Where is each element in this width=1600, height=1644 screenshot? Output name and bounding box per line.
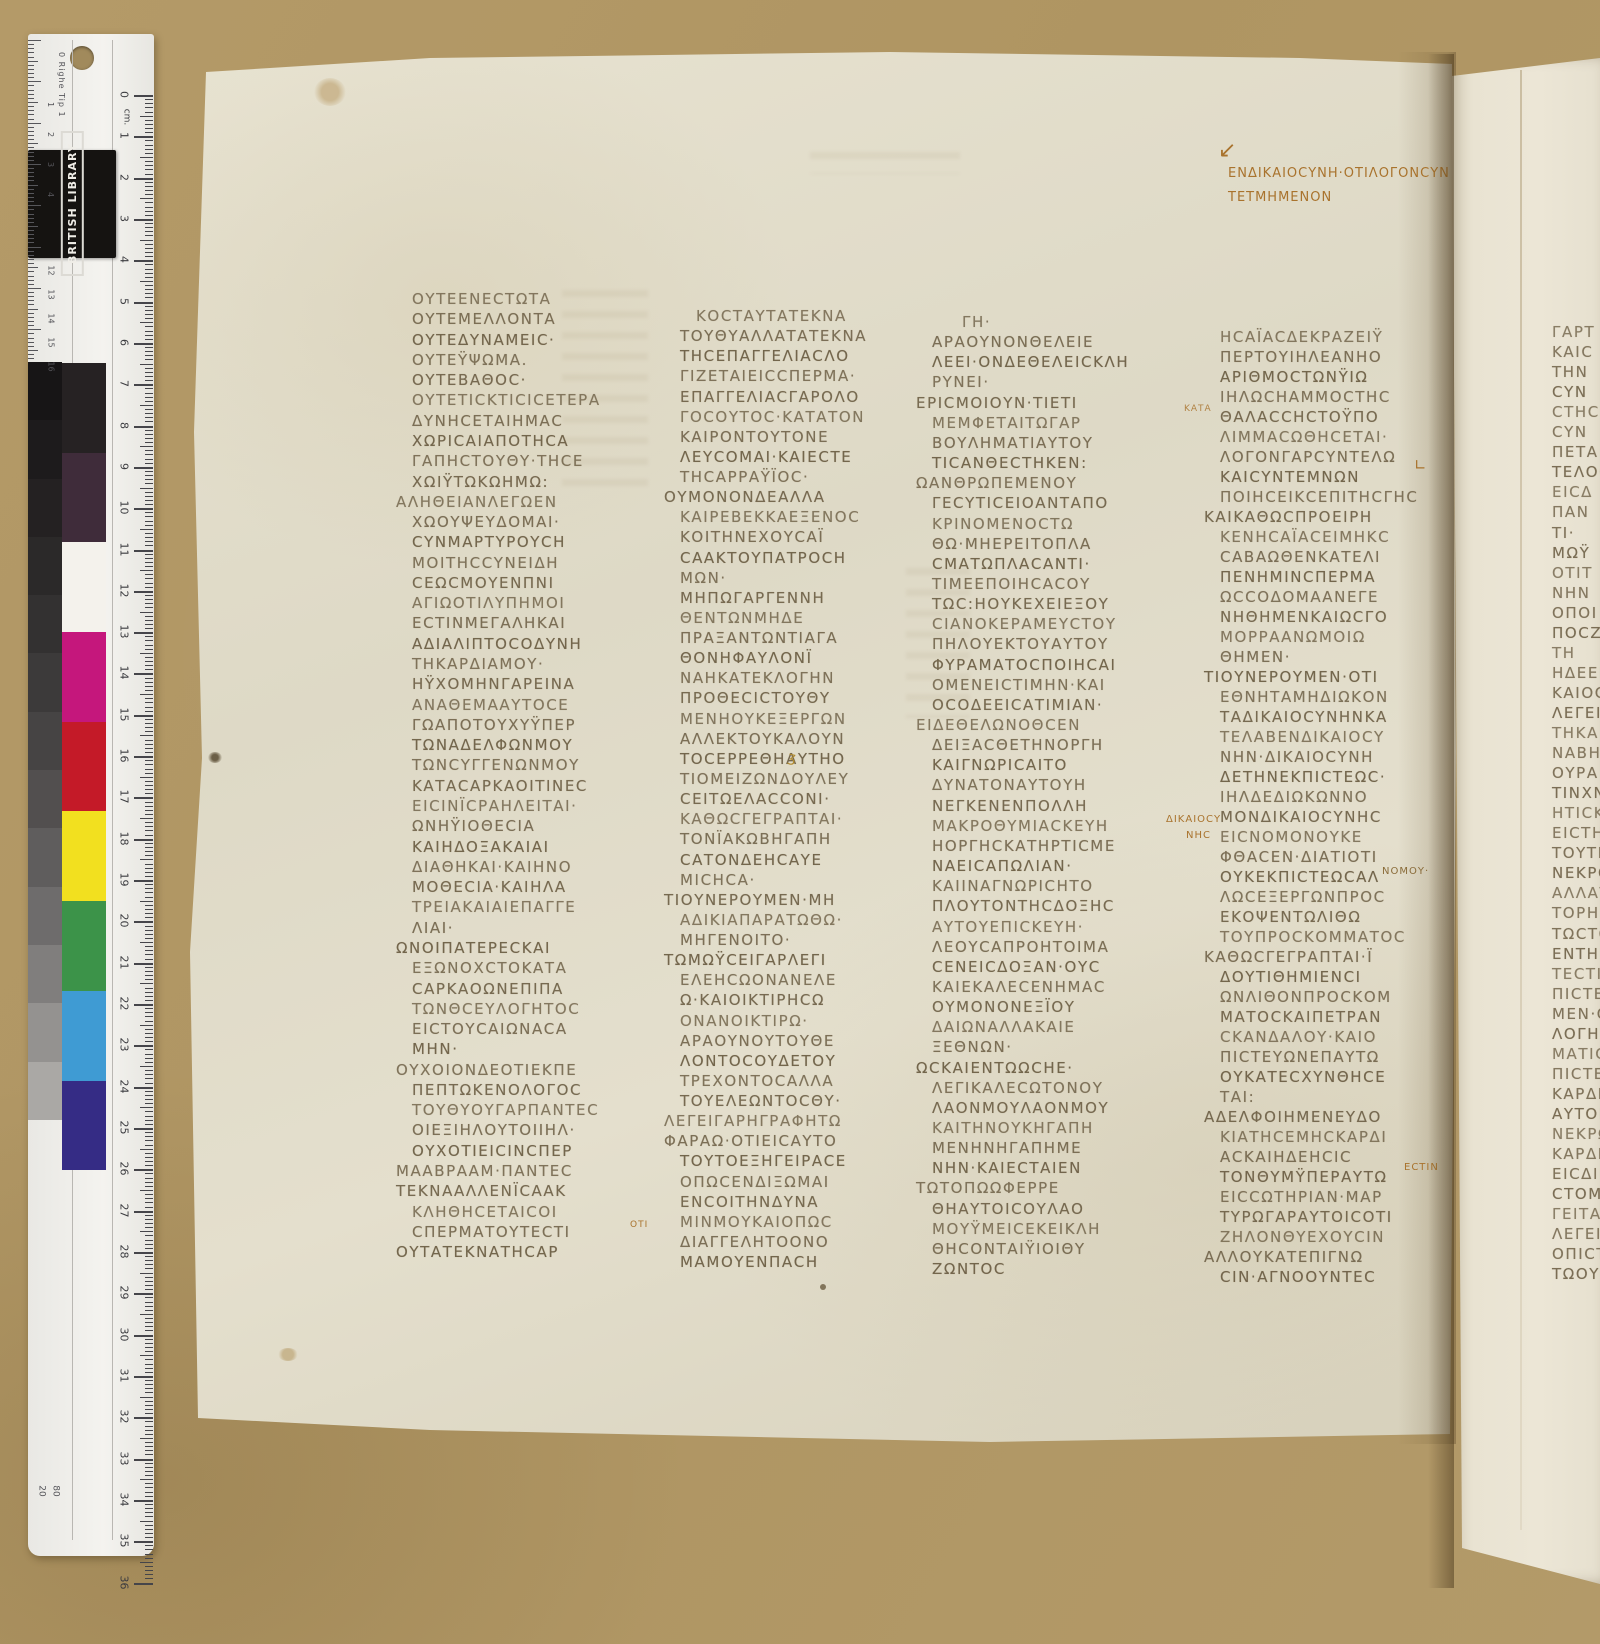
ruler-tick-left xyxy=(28,40,41,41)
ruler-tick xyxy=(145,1409,153,1410)
manuscript-line: ΤΩΝΘСΕΥΛΟΓΗΤΟС xyxy=(412,1000,580,1018)
ruler-tick xyxy=(145,1173,153,1174)
ruler-tick xyxy=(145,351,153,352)
ruler-tick xyxy=(145,1463,153,1464)
side-page-line: СΥΝ xyxy=(1552,423,1588,441)
manuscript-line: ΦΘΑСΕΝ·ΔΙΑΤΙΟΤΙ xyxy=(1220,848,1378,866)
ruler-tick-left xyxy=(28,292,34,293)
manuscript-line: ΜΗΠΩΓΑΡΓΕΝΝΗ xyxy=(680,589,825,607)
manuscript-line: ΑΡΑΟΥΝΟΥΤΟΥΘΕ xyxy=(680,1032,835,1050)
manuscript-line: ΘΟΝΗΦΑΥΛΟΝΪ xyxy=(680,649,813,667)
ruler-tick xyxy=(145,876,153,877)
manuscript-line: ΜΟΡΡΑΑΝΩΜΟΙΩ xyxy=(1220,628,1366,646)
manuscript-line: ΤΗΚΑΡΔΙΑΜΟΥ· xyxy=(412,655,544,673)
ruler-tick xyxy=(145,1322,153,1323)
ruler-tick-left xyxy=(28,325,34,326)
ruler-tick-left xyxy=(28,313,34,314)
manuscript-line: ΩСΚΑΙΕΝΤΩΩСΗΕ· xyxy=(916,1059,1074,1077)
manuscript-line: ΤΑΙ: xyxy=(1220,1088,1255,1106)
side-page-line: ΤΟΥΤΕ xyxy=(1552,844,1600,862)
ruler-tick xyxy=(145,1310,153,1311)
manuscript-line: СΕΝΕΙСΔΟΞΑΝ·ΟΥС xyxy=(932,958,1101,976)
ruler-number: 29 xyxy=(118,1283,131,1303)
ruler-tick-left xyxy=(28,288,41,289)
manuscript-line: ΤΙΟΥΝΕΡΟΥΜΕΝ·ΜΗ xyxy=(664,891,836,909)
ruler-tick xyxy=(145,1450,153,1451)
ruler-tick xyxy=(145,1078,153,1079)
ruler-tick xyxy=(145,545,153,546)
manuscript-line: ΛΟΓΟΝΓΑΡСΥΝΤΕΛΩ xyxy=(1220,448,1396,466)
manuscript-line: ΠΕΝΗΜΙΝСΠΕΡΜΑ xyxy=(1220,568,1376,586)
manuscript-line: ΤΟΝΘΥΜΫΠΕΡΑΥΤΩ xyxy=(1220,1168,1388,1186)
side-page-line: ΚΑΡΔΙΑ xyxy=(1552,1085,1600,1103)
ruler-tick xyxy=(134,591,153,593)
ruler-tick xyxy=(145,636,153,637)
ruler-tick xyxy=(145,950,153,951)
ruler-tick xyxy=(145,1554,153,1555)
ruler-tick xyxy=(140,694,153,695)
ruler-tick xyxy=(134,1376,153,1378)
ruler-number: 15 xyxy=(118,704,131,724)
manuscript-line: ΓΕСΥΤΙСΕΙΟΑΝΤΑΠΟ xyxy=(932,494,1109,512)
ruler-tick xyxy=(145,1343,153,1344)
ruler-tick xyxy=(145,731,153,732)
ruler-tick-left xyxy=(28,160,34,161)
manuscript-line: ΤΟСΕΡΡΕΘΗΑΥΤΗΟ xyxy=(680,750,846,768)
ruler-tick xyxy=(145,174,153,175)
manuscript-line: ΤΙΜΕΕΠΟΙΗСΑСΟΥ xyxy=(932,575,1091,593)
ruler-tick xyxy=(145,1442,153,1443)
gray-step xyxy=(28,887,62,945)
ruler-tick xyxy=(145,347,153,348)
ruler-tick-left xyxy=(28,342,34,343)
ruler-tick xyxy=(145,273,153,274)
ruler-tick-left xyxy=(28,263,34,264)
ruler-tick xyxy=(145,1116,153,1117)
ruler-tick-left xyxy=(28,65,34,66)
ruler-tick xyxy=(145,450,153,451)
ruler-tick xyxy=(145,934,153,935)
ruler-tick xyxy=(145,1219,153,1220)
ruler-tick-left xyxy=(28,267,38,268)
ruler-tick xyxy=(134,343,153,345)
ruler-number: 33 xyxy=(118,1448,131,1468)
ruler-tick xyxy=(145,781,153,782)
ruler-tick xyxy=(140,859,153,860)
manuscript-line: ΤΟΥΠΡΟСΚΟΜΜΑΤΟС xyxy=(1220,928,1406,946)
ruler-tick xyxy=(140,198,153,199)
ruler-tick xyxy=(134,1004,153,1006)
manuscript-line: ΔΙΑΓΓΕΛΗΤΟΟΝΟ xyxy=(680,1233,829,1251)
ruler-tick xyxy=(140,942,153,943)
manuscript-line: СΙΑΝΟΚΕΡΑΜΕΥСΤΟΥ xyxy=(932,615,1117,633)
gray-step xyxy=(28,595,62,653)
margin-note-oti: ΟΤΙ xyxy=(630,1220,648,1230)
manuscript-line: ΤΟΥΕΛΕΩΝΤΟСΘΥ· xyxy=(680,1092,842,1110)
ruler-side-number: 14 xyxy=(47,313,56,323)
manuscript-line: ΜΗΓΕΝΟΙΤΟ· xyxy=(680,931,791,949)
ruler-tick-left xyxy=(28,259,34,260)
ruler-tick xyxy=(145,1574,153,1575)
ruler-tick xyxy=(145,806,153,807)
ruler-number: 7 xyxy=(118,374,131,394)
ruler-tick xyxy=(134,1335,153,1337)
ruler-tick xyxy=(145,140,153,141)
ruler-tick xyxy=(145,773,153,774)
ruler-tick xyxy=(145,835,153,836)
ruler-tick xyxy=(145,574,153,575)
ruler-tick-left xyxy=(28,85,34,86)
ruler-tick-left xyxy=(28,230,34,231)
ruler-tick xyxy=(134,1045,153,1047)
ruler-tick xyxy=(140,364,153,365)
manuscript-line: ΓΙΖΕΤΑΙΕΙССΠΕΡΜΑ· xyxy=(680,367,856,385)
manuscript-line: ΜΕΝΗΟΥΚΕΞΕΡΓΩΝ xyxy=(680,710,847,728)
ruler-tick-left xyxy=(28,52,34,53)
ruler-tick xyxy=(145,975,153,976)
side-page-line: ΛΕΓΕΙ xyxy=(1552,704,1600,722)
ruler-number: 35 xyxy=(118,1531,131,1551)
manuscript-line: ΤΩΜΩΫСΕΙΓΑΡΛΕΓΙ xyxy=(664,951,827,969)
ruler-tick xyxy=(145,690,153,691)
ruler-tick xyxy=(145,1285,153,1286)
ruler-tick xyxy=(145,661,153,662)
ruler-tick xyxy=(145,707,153,708)
ruler-tick xyxy=(145,740,153,741)
ruler-tick-left xyxy=(28,61,38,62)
ruler-tick-left xyxy=(28,135,34,136)
ruler-tick-left xyxy=(28,73,34,74)
ruler-tick xyxy=(134,963,153,965)
ruler-tick xyxy=(145,1202,153,1203)
ruler-tick xyxy=(145,99,153,100)
ruler-tick xyxy=(145,826,153,827)
ruler-tick xyxy=(145,1525,153,1526)
ruler-tick-left xyxy=(28,180,34,181)
gutter-shadow xyxy=(1428,54,1454,1588)
manuscript-line: ΟΥΧΟΤΙΕΙСΙΝСΠΕΡ xyxy=(412,1142,573,1160)
ruler-tick xyxy=(145,376,153,377)
ruler-tick xyxy=(145,1223,153,1224)
ruler-tick xyxy=(145,1318,153,1319)
ruler-tick xyxy=(134,302,153,304)
manuscript-line: ΧΩΙΫΤΩΚΩΗΜΩ: xyxy=(412,473,549,491)
ruler-tick xyxy=(145,479,153,480)
ruler-tick xyxy=(145,401,153,402)
ruler-number: 14 xyxy=(118,663,131,683)
manuscript-line: ΚΑΙΓΝΩΡΙСΑΙΤΟ xyxy=(932,756,1068,774)
ruler-tick-left xyxy=(28,321,34,322)
ruler-tick xyxy=(140,901,153,902)
ruler-tick xyxy=(145,1487,153,1488)
ruler-tick xyxy=(140,653,153,654)
manuscript-line: ΝΗΝ·ΔΙΚΑΙΟСΥΝΗ xyxy=(1220,748,1374,766)
ruler-tick xyxy=(145,483,153,484)
ruler-tick-left xyxy=(28,152,34,153)
ruler-tick-left xyxy=(28,309,38,310)
ruler-tick xyxy=(140,1355,153,1356)
manuscript-line: ΦΑΡΑΩ·ΟΤΙΕΙСΑΥΤΟ xyxy=(664,1132,837,1150)
ruler-tick xyxy=(145,1364,153,1365)
ruler-tick xyxy=(140,1314,153,1315)
side-page-line: ΕΙСΤΗ xyxy=(1552,824,1600,842)
manuscript-line: ΑΓΙΩΟΤΙΛΥΠΗΜΟΙ xyxy=(412,594,565,612)
ruler-side-number: 13 xyxy=(47,289,56,299)
ruler-tick xyxy=(145,289,153,290)
side-page-line: ΟΥΡΑ xyxy=(1552,764,1599,782)
ruler-tick xyxy=(145,434,153,435)
ruler-number: 20 xyxy=(118,911,131,931)
ruler-tick xyxy=(145,1454,153,1455)
ruler-tick xyxy=(140,116,153,117)
manuscript-line: СΥΝΜΑΡΤΥΡΟΥСΗ xyxy=(412,533,566,551)
ruler-tick xyxy=(145,682,153,683)
ruler-tick xyxy=(145,603,153,604)
manuscript-line: ΜΙΝΜΟΥΚΑΙΟΠΩС xyxy=(680,1213,833,1231)
manuscript-line: ΔΙΑΘΗΚΑΙ·ΚΑΙΗΝΟ xyxy=(412,858,572,876)
side-page-line: ΤΗΚΑ xyxy=(1552,724,1599,742)
ruler-tick-left xyxy=(28,338,34,339)
ruler-side-number: 12 xyxy=(47,265,56,275)
ruler-bottom-number: 20 xyxy=(37,1485,47,1496)
side-page-line: ΠΑΝ xyxy=(1552,503,1590,521)
margin-note-nes: ΝΗС xyxy=(1186,830,1211,841)
ruler-tick xyxy=(145,992,153,993)
ruler-tick xyxy=(140,157,153,158)
manuscript-line: ΤΩС:ΗΟΥΚΕΧΕΙΕΞΟΥ xyxy=(932,595,1109,613)
side-page-line: ΛΟΓΗС xyxy=(1552,1025,1600,1043)
ruler-tick xyxy=(145,438,153,439)
manuscript-line: ΘΕΝΤΩΝΜΗΔΕ xyxy=(680,609,804,627)
side-page-line: ΚΑΡΔΙΑΓΑ xyxy=(1552,1145,1600,1163)
ruler-tick-left xyxy=(28,127,34,128)
ruler-tick-left xyxy=(28,168,34,169)
ruler-tick xyxy=(134,178,153,180)
ruler-tick xyxy=(145,504,153,505)
gray-step xyxy=(28,828,62,886)
ruler-tick xyxy=(145,500,153,501)
ruler-tick xyxy=(145,785,153,786)
ruler-tick-left xyxy=(28,271,34,272)
side-page-line: ΤΕСΤΙΝ xyxy=(1552,965,1600,983)
ruler-tick-left xyxy=(28,98,34,99)
ruler-tick xyxy=(140,1190,153,1191)
ruler-tick-left xyxy=(28,234,34,235)
manuscript-line: ΕΙССΩΤΗΡΙΑΝ·ΜΑΡ xyxy=(1220,1188,1383,1206)
ruler-tick xyxy=(145,454,153,455)
manuscript-line: ΗΫΧΟΜΗΝΓΑΡΕΙΝΑ xyxy=(412,675,575,693)
ruler-tick xyxy=(145,967,153,968)
ruler-tick xyxy=(145,190,153,191)
ruler-tick xyxy=(145,996,153,997)
ruler-tick-left xyxy=(28,131,34,132)
ruler-tick xyxy=(145,822,153,823)
manuscript-line: ΓΩΑΠΟΤΟΥΧΥΫΠΕΡ xyxy=(412,716,576,734)
ruler-tick xyxy=(145,1157,153,1158)
ruler-tick xyxy=(134,219,153,221)
manuscript-line: ΕΠΑΓΓΕΛΙΑСΓΑΡΟΛΟ xyxy=(680,388,860,406)
ruler-tick xyxy=(145,909,153,910)
ruler-tick xyxy=(145,702,153,703)
ruler-tick xyxy=(145,409,153,410)
ruler-tick xyxy=(145,872,153,873)
ruler-tick xyxy=(145,211,153,212)
ruler-tick xyxy=(145,868,153,869)
side-page-line: СΥΝ xyxy=(1552,383,1588,401)
ruler-tick-left xyxy=(28,139,34,140)
ruler-tick xyxy=(145,1145,153,1146)
ruler-tick xyxy=(145,256,153,257)
ruler-tick xyxy=(145,938,153,939)
ruler-tick xyxy=(145,1099,153,1100)
manuscript-line: ΜΟΘΕСΙΑ·ΚΑΙΗΛΑ xyxy=(412,878,567,896)
manuscript-line: ΟΥΚΑΤΕСΧΥΝΘΗСΕ xyxy=(1220,1068,1386,1086)
manuscript-line: ΚΑΘΩСΓΕΓΡΑΠΤΑΙ· xyxy=(680,810,843,828)
margin-note-kata: ΚΑΤΑ xyxy=(1184,404,1212,414)
ruler-number: 22 xyxy=(118,994,131,1014)
manuscript-line: ΚΑΙΚΑΘΩСΠΡΟΕΙΡΗ xyxy=(1204,508,1373,526)
ruler-number: 13 xyxy=(118,622,131,642)
manuscript-line: ΓΗ· xyxy=(962,313,991,331)
ruler-tick xyxy=(145,723,153,724)
ruler-number: 31 xyxy=(118,1365,131,1385)
manuscript-line: ΓΟСΟΥΤΟС·ΚΑΤΑΤΟΝ xyxy=(680,408,865,426)
ruler-tick xyxy=(145,223,153,224)
ruler-tick-left xyxy=(28,255,34,256)
ruler-tick-left xyxy=(28,172,34,173)
gray-step xyxy=(28,479,62,537)
ruler-side-number: 3 xyxy=(46,162,55,167)
stain-top xyxy=(314,78,346,106)
manuscript-line: ΚΙΑΤΗСΕΜΗСΚΑΡΔΙ xyxy=(1220,1128,1387,1146)
ruler-tick xyxy=(140,1438,153,1439)
ruler-tick xyxy=(145,645,153,646)
ruler-tick xyxy=(145,926,153,927)
ruler-tick-left xyxy=(28,81,41,82)
side-page-line: СΤΟΜΑΤ xyxy=(1552,1185,1600,1203)
manuscript-line: ΕΚΟΨΕΝΤΩΛΙΘΩ xyxy=(1220,908,1361,926)
ruler-tick-left xyxy=(28,247,41,248)
ruler-tick xyxy=(145,1165,153,1166)
manuscript-line: ΙΗΛΩСΗΑΜΜΟСΤΗС xyxy=(1220,388,1391,406)
ruler-tick xyxy=(145,744,153,745)
ink-dot xyxy=(820,1284,826,1290)
ruler-tick xyxy=(145,541,153,542)
manuscript-line: ΟΥΤΕΕΝΕСΤΩΤΑ xyxy=(412,290,552,308)
ruler-tick-left xyxy=(28,48,34,49)
ruler-side-caption: 0 Righe Tip 1 xyxy=(57,52,66,118)
ruler-tick xyxy=(145,128,153,129)
ruler-tick xyxy=(145,1496,153,1497)
ruler-tick xyxy=(145,595,153,596)
manuscript-line: ΟСΟΔΕΕΙСΑΤΙΜΙΑΝ· xyxy=(932,696,1103,714)
manuscript-line: ΟΠΩСΕΝΔΙΞΩΜΑΙ xyxy=(680,1173,830,1191)
ruler-tick xyxy=(145,1178,153,1179)
ruler-tick xyxy=(134,384,153,386)
ruler-hole xyxy=(70,46,94,70)
ruler-tick xyxy=(145,1256,153,1257)
ruler-tick xyxy=(145,1306,153,1307)
ruler-tick xyxy=(145,442,153,443)
ruler-tick xyxy=(140,281,153,282)
ruler-tick xyxy=(140,1562,153,1563)
manuscript-line: ΤΑΔΙΚΑΙΟСΥΝΗΝΚΑ xyxy=(1220,708,1388,726)
ruler-bottom-number: 80 xyxy=(51,1485,61,1496)
ruler-number: 5 xyxy=(118,291,131,311)
ruler-tick xyxy=(145,521,153,522)
side-page-line: ΤΙΝΧΝ xyxy=(1552,784,1600,802)
ruler-tick xyxy=(145,1549,153,1550)
ruler-tick xyxy=(145,430,153,431)
ruler-tick xyxy=(134,95,153,97)
color-patch xyxy=(62,453,106,543)
manuscript-line: ΤΗСΕΠΑΓΓΕΛΙΑСΛΟ xyxy=(680,347,850,365)
manuscript-line: ΞΕΘΝΩΝ· xyxy=(932,1038,1013,1056)
ruler-tick xyxy=(145,359,153,360)
manuscript-line: ΑСΚΑΙΗΔΕΗСΙС xyxy=(1220,1148,1352,1166)
manuscript-line: ΖΗΛΟΝΘΥΕΧΟΥСΙΝ xyxy=(1220,1228,1385,1246)
ruler-tick-left xyxy=(28,123,41,124)
ruler-tick-left xyxy=(28,251,34,252)
side-page-line: ΤΩΟΥΚ xyxy=(1552,1265,1600,1283)
ruler-tick xyxy=(145,1558,153,1559)
manuscript-line: ΠΗΛΟΥΕΚΤΟΥΑΥΤΟΥ xyxy=(932,635,1109,653)
manuscript-line: ΡΥΝΕΙ· xyxy=(932,373,990,391)
manuscript-line: ΑΥΤΟΥΕΠΙСΚΕΥΗ· xyxy=(932,918,1084,936)
ruler-tick xyxy=(145,1297,153,1298)
manuscript-line: ΟΥΤΕΤΙСΚΤΙСΙСΕΤΕΡΑ xyxy=(412,391,601,409)
ruler-number: 25 xyxy=(118,1118,131,1138)
ruler-tick xyxy=(145,1215,153,1216)
ruler-tick xyxy=(145,698,153,699)
ruler-tick xyxy=(145,1347,153,1348)
ruler-tick xyxy=(145,1021,153,1022)
ruler-tick-left xyxy=(28,110,34,111)
ruler-unit-label: cm. xyxy=(121,109,131,126)
manuscript-line: ΤΙΟΥΝΕΡΟΥΜΕΝ·ΟΤΙ xyxy=(1204,668,1379,686)
manuscript-line: ΘΑΛΑССΗСΤΟΫΠΟ xyxy=(1220,408,1379,426)
ruler-tick xyxy=(145,1384,153,1385)
ruler-tick xyxy=(145,1240,153,1241)
manuscript-line: ΟΥΤΕΒΑΘΟС· xyxy=(412,371,527,389)
ruler-tick xyxy=(145,566,153,567)
manuscript-line: ΤΙСΑΝΘΕСΤΗΚΕΝ: xyxy=(932,454,1088,472)
ruler-tick xyxy=(145,640,153,641)
ruler-tick xyxy=(145,847,153,848)
ruler-tick xyxy=(145,558,153,559)
ruler-tick xyxy=(145,843,153,844)
ruler-tick-left xyxy=(28,280,34,281)
side-page-line: ΓΕΙΤΑΙΕ xyxy=(1552,1205,1600,1223)
ruler-tick-left xyxy=(28,284,34,285)
side-page-line: ΤΕΛΟС xyxy=(1552,463,1600,481)
ruler-tick xyxy=(145,1070,153,1071)
manuscript-line: ΤΩΝСΥΓΓΕΝΩΝΜΟΥ xyxy=(412,756,580,774)
manuscript-line: ΚΡΙΝΟΜΕΝΟСΤΩ xyxy=(932,515,1074,533)
manuscript-line: ΚΑΤΑСΑΡΚΑΟΙΤΙΝΕС xyxy=(412,777,588,795)
ruler-tick-left xyxy=(28,317,34,318)
manuscript-line: ΕΡΙСΜΟΙΟΥΝ·ΤΙΕΤΙ xyxy=(916,394,1078,412)
manuscript-line: ΕΙСΙΝΪСΡΑΗΛΕΙΤΑΙ· xyxy=(412,797,577,815)
ruler-tick xyxy=(145,339,153,340)
ruler-tick xyxy=(145,297,153,298)
ruler-side-number: 4 xyxy=(46,192,55,197)
gray-step xyxy=(28,420,62,478)
ruler-tick xyxy=(145,1492,153,1493)
ruler-tick xyxy=(140,322,153,323)
manuscript-line: СΙΝ·ΑΓΝΟΟΥΝΤΕС xyxy=(1220,1268,1376,1286)
manuscript-line: СΑΒΑΩΘΕΝΚΑΤΕΛΙ xyxy=(1220,548,1381,566)
